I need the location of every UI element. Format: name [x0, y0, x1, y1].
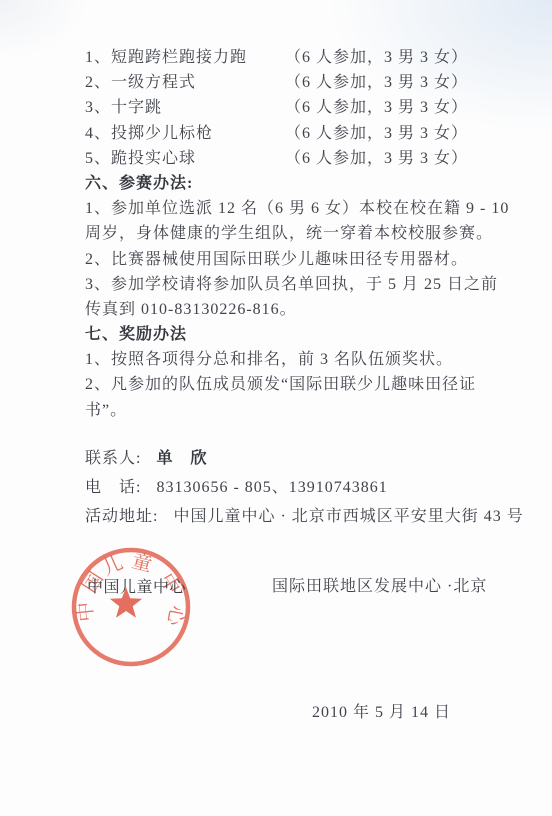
section7-heading: 七、奖励办法 [85, 322, 515, 347]
event-name: 4、投掷少儿标枪 [85, 121, 285, 146]
section7-text-line: 1、按照各项得分总和排名，前 3 名队伍颁奖状。 [85, 347, 515, 372]
event-detail: （6 人参加，3 男 3 女） [285, 70, 515, 95]
event-detail: （6 人参加，3 男 3 女） [285, 146, 515, 171]
contact-person-label: 联系人: [85, 450, 141, 467]
event-name: 3、十字跳 [85, 95, 285, 120]
event-row: 3、十字跳 （6 人参加，3 男 3 女） [85, 95, 515, 120]
left-organization-name: 中国儿童中心 [87, 574, 186, 597]
event-detail: （6 人参加，3 男 3 女） [285, 45, 515, 70]
contact-address-row: 活动地址: 中国儿童中心 · 北京市西城区平安里大街 43 号 [85, 502, 524, 531]
section6-heading: 六、参赛办法: [85, 171, 515, 196]
section6-text-line: 1、参加单位选派 12 名（6 男 6 女）本校在校在籍 9 - 10 [85, 196, 515, 221]
stamp-char: 童 [130, 549, 155, 576]
event-name: 5、跪投实心球 [85, 146, 285, 171]
section6-text-line: 3、参加学校请将参加队员名单回执，于 5 月 25 日之前 [85, 272, 515, 297]
document-date: 2010 年 5 月 14 日 [312, 699, 451, 722]
event-detail: （6 人参加，3 男 3 女） [285, 121, 515, 146]
event-name: 1、短跑跨栏跑接力跑 [85, 45, 285, 70]
contact-block: 联系人: 单 欣 电 话: 83130656 - 805、13910743861… [85, 444, 524, 531]
section6-text-line: 传真到 010-83130226-816。 [85, 297, 515, 322]
contact-phone-value: 83130656 - 805、13910743861 [156, 479, 387, 496]
section6-text-line: 周岁，身体健康的学生组队，统一穿着本校校服参赛。 [85, 221, 515, 246]
section7-text-line: 书”。 [85, 398, 515, 423]
contact-address-value: 中国儿童中心 · 北京市西城区平安里大街 43 号 [173, 508, 523, 525]
section7-text-line: 2、凡参加的队伍成员颁发“国际田联少儿趣味田径证 [85, 372, 515, 397]
contact-address-label: 活动地址: [85, 508, 158, 525]
event-name: 2、一级方程式 [85, 70, 285, 95]
event-row: 5、跪投实心球 （6 人参加，3 男 3 女） [85, 146, 515, 171]
contact-phone-row: 电 话: 83130656 - 805、13910743861 [85, 473, 524, 502]
event-row: 2、一级方程式 （6 人参加，3 男 3 女） [85, 70, 515, 95]
event-row: 1、短跑跨栏跑接力跑 （6 人参加，3 男 3 女） [85, 45, 515, 70]
event-detail: （6 人参加，3 男 3 女） [285, 95, 515, 120]
stamp-char: 中 [73, 601, 98, 623]
stamp-char: 心 [162, 604, 189, 629]
document-page: 1、短跑跨栏跑接力跑 （6 人参加，3 男 3 女） 2、一级方程式 （6 人参… [0, 0, 552, 816]
contact-person-row: 联系人: 单 欣 [85, 444, 524, 473]
event-row: 4、投掷少儿标枪 （6 人参加，3 男 3 女） [85, 121, 515, 146]
document-body: 1、短跑跨栏跑接力跑 （6 人参加，3 男 3 女） 2、一级方程式 （6 人参… [85, 45, 515, 423]
contact-person-name: 单 欣 [156, 450, 207, 467]
contact-phone-label: 电 话: [85, 479, 141, 496]
section6-text-line: 2、比赛器械使用国际田联少儿趣味田径专用器材。 [85, 247, 515, 272]
right-organization-name: 国际田联地区发展中心 ·北京 [272, 573, 487, 596]
red-seal-stamp-icon: 中 国 儿 童 中 心 [69, 545, 193, 669]
